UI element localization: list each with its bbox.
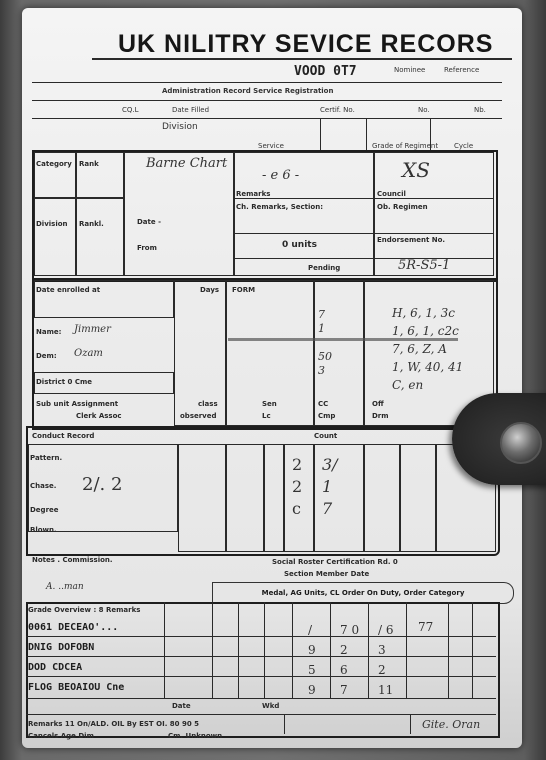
dem-label: Dem: xyxy=(36,352,57,360)
conduct-count-col: 22c xyxy=(292,454,302,520)
wkd-sublabel: Wkd xyxy=(262,702,279,710)
from-label: From xyxy=(137,244,157,252)
days-label: Days xyxy=(200,286,219,294)
col-label: Certif. No. xyxy=(320,106,355,114)
unit-label: Cmp xyxy=(318,412,335,420)
service-name-value: Jimmer xyxy=(74,324,111,335)
service-label: Service xyxy=(258,142,284,150)
unit-label: Drm xyxy=(372,412,389,420)
dem-value: Ozam xyxy=(74,348,103,359)
grade-col-5: 7 0267 xyxy=(340,620,359,700)
mark-handwriting: XS xyxy=(402,158,430,182)
certify-sublabel: Section Member Date xyxy=(284,570,369,578)
form-code: VOOD 0T7 xyxy=(294,64,357,79)
record-sheet: UK NILITRY SEVICE RECORS VOOD 0T7 Nomine… xyxy=(22,8,522,748)
rank-cell-label: Rankl. xyxy=(79,220,104,228)
conduct-header: Conduct Record xyxy=(32,432,94,440)
grade-row-label: DNIG DOFOBN xyxy=(28,642,94,653)
date-sublabel: Date xyxy=(172,702,191,710)
col-label: No. xyxy=(418,106,430,114)
form-subtitle: Administration Record Service Registrati… xyxy=(162,87,333,95)
ch-remarks-label: Ch. Remarks, Section: xyxy=(236,203,323,211)
col-label: Date Filled xyxy=(172,106,209,114)
remarks-label: Remarks xyxy=(236,190,270,198)
service-hw-right: H, 6, 1, 3c1, 6, 1, c2c7, 6, Z, A1, W, 4… xyxy=(392,304,463,394)
header-right-1: Nominee xyxy=(394,66,425,74)
chase-value: 2/. 2 xyxy=(82,474,122,495)
district-label: District 0 Cme xyxy=(36,378,92,386)
grade-col-wt: /959 xyxy=(308,620,316,700)
notes-label: Notes . Commission. xyxy=(32,556,113,564)
category-label: Category xyxy=(36,160,72,168)
grade-row-label: 0061 DECEAO'... xyxy=(28,622,118,633)
pending-label: Pending xyxy=(308,264,340,272)
conduct-hw-col: 3/17 xyxy=(322,454,338,520)
count-header: Count xyxy=(314,432,337,440)
rate-handwriting: - e 6 - xyxy=(262,168,299,183)
medal-banner: Medal, AG Units, CL Order On Duty, Order… xyxy=(212,582,514,604)
enrolled-label: Date enrolled at xyxy=(36,286,100,294)
conduct-row-label: Chase. xyxy=(30,482,56,490)
grade-row-label: FLOG BEOAIOU Cne xyxy=(28,682,124,693)
snap-button-icon[interactable] xyxy=(500,422,542,464)
sub-unit-label: Sub unit Assignment xyxy=(36,400,118,408)
conduct-row-label: Blown. xyxy=(30,526,57,534)
col-label: Nb. xyxy=(474,106,486,114)
council-label: Council xyxy=(377,190,406,198)
count-label: 0 units xyxy=(282,240,317,250)
rank-label: Rank xyxy=(79,160,99,168)
unit-label: CC xyxy=(318,400,328,408)
reference-handwriting: 5R-S5-1 xyxy=(398,258,450,273)
service-name-label: Name: xyxy=(36,328,61,336)
observed-label: observed xyxy=(180,412,217,420)
grade-col-class: / 63211 xyxy=(378,620,394,700)
grade-status: 77 xyxy=(418,620,433,634)
class-label: class xyxy=(198,400,218,408)
date-label: Date - xyxy=(137,218,161,226)
header-right-2: Reference xyxy=(444,66,479,74)
footer-line-1: Remarks 11 On/ALD. OIL By EST OI. 80 90 … xyxy=(28,720,199,728)
unit-label: Sen xyxy=(262,400,277,408)
certify-label: Social Roster Certification Rd. 0 xyxy=(272,558,398,566)
footer-line-3: Cm. Unknown xyxy=(168,732,222,740)
endorsement-label: Endorsement No. xyxy=(377,236,445,244)
name-handwriting: Barne Chart xyxy=(146,156,227,171)
form-label: FORM xyxy=(232,286,255,294)
sign-handwriting: A. ..man xyxy=(46,582,84,592)
service-hw-col: 71503 xyxy=(318,308,332,378)
sub-unit-value: Clerk Assoc xyxy=(76,412,122,420)
col-label: CQ.L xyxy=(122,106,139,114)
ob-regimen-label: Ob. Regimen xyxy=(377,203,428,211)
division-label: Division xyxy=(162,122,198,132)
signature-handwriting: Gite. Oran xyxy=(422,718,480,731)
unit-label: Lc xyxy=(262,412,271,420)
conduct-row-label: Pattern. xyxy=(30,454,62,462)
grade-header: Grade Overview : 8 Remarks xyxy=(28,606,140,614)
footer-line-2: Cancels Age Dim xyxy=(28,732,94,740)
conduct-row-label: Degree xyxy=(30,506,59,514)
form-title: UK NILITRY SEVICE RECORS xyxy=(118,30,493,59)
grade-label: Grade of Regiment xyxy=(372,142,438,150)
division-cell-label: Division xyxy=(36,220,68,228)
unit-label: Off xyxy=(372,400,384,408)
grade-row-label: DOD CDCEA xyxy=(28,662,82,673)
cycle-label: Cycle xyxy=(454,142,473,150)
